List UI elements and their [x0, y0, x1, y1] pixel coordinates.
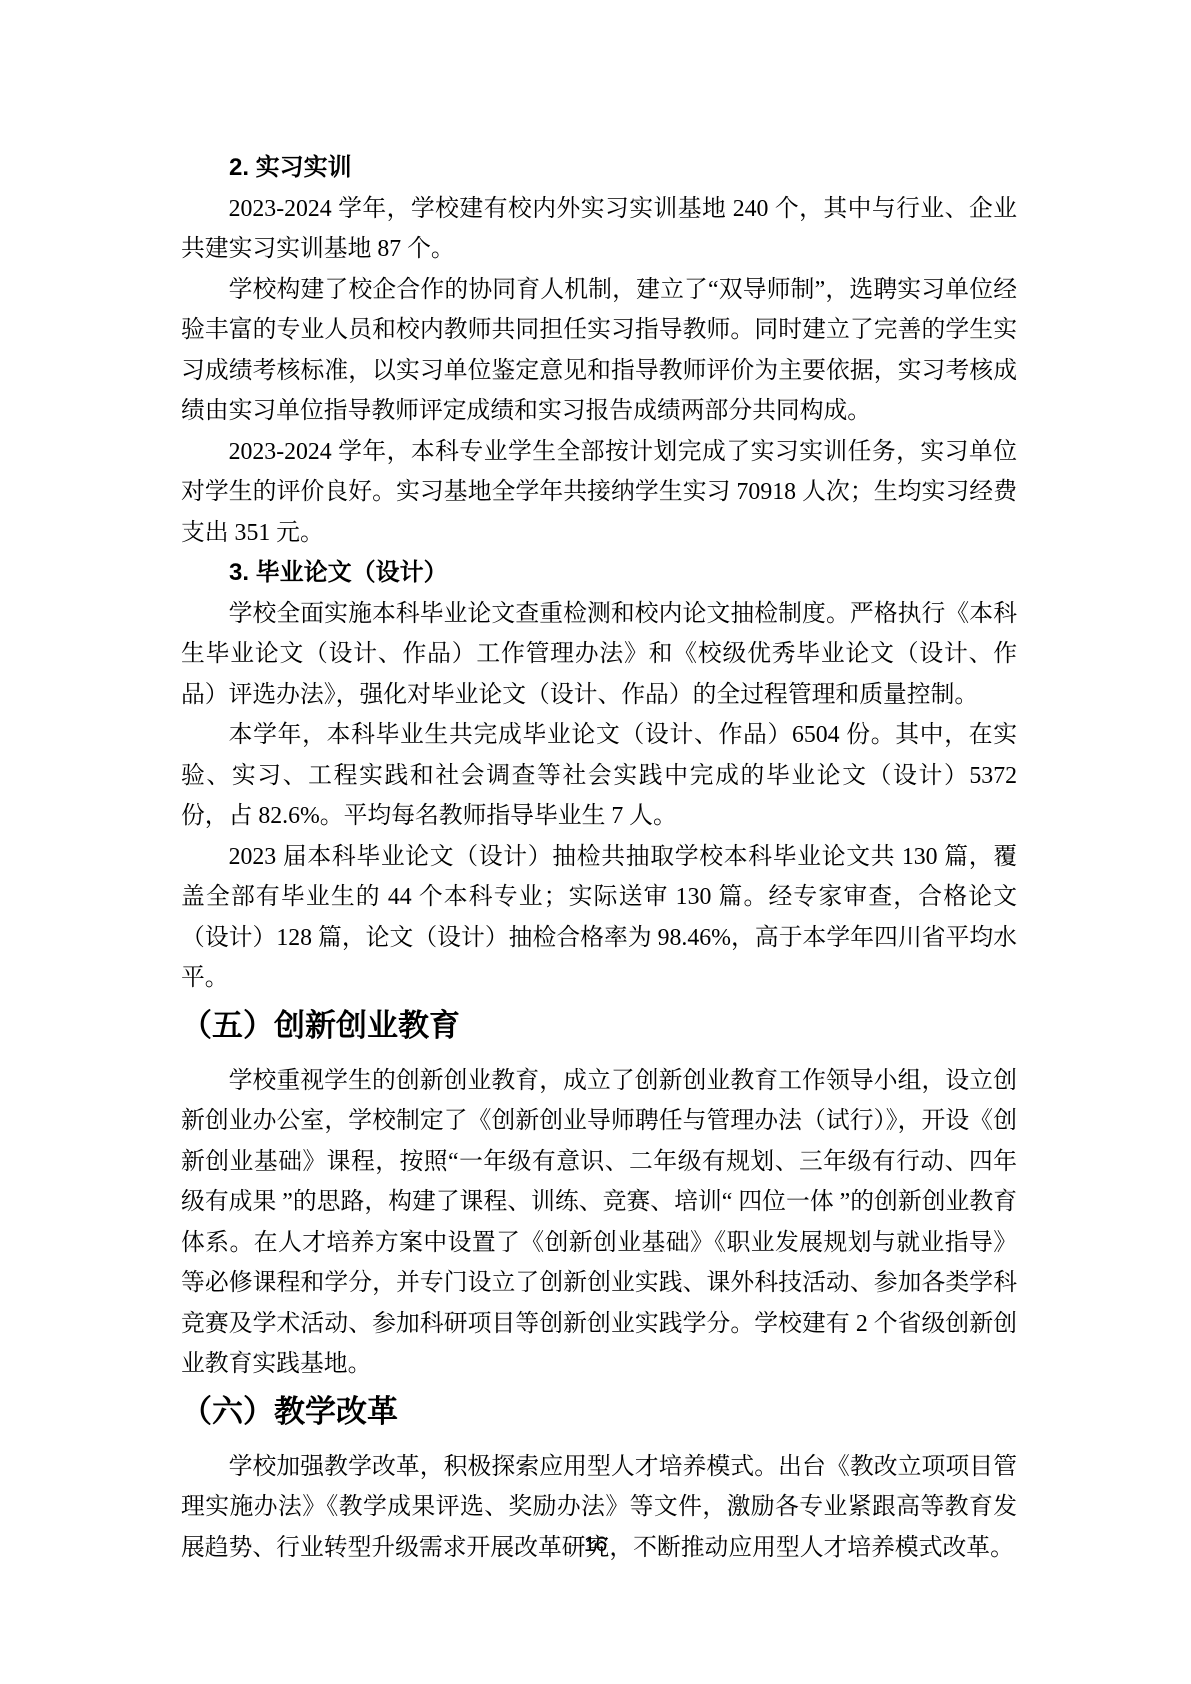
body-paragraph: 2023-2024 学年，学校建有校内外实习实训基地 240 个，其中与行业、企… [181, 189, 1017, 270]
page-number: 16 [0, 1533, 1191, 1557]
body-paragraph: 学校重视学生的创新创业教育，成立了创新创业教育工作领导小组，设立创新创业办公室，… [181, 1061, 1017, 1385]
body-paragraph: 2023 届本科毕业论文（设计）抽检共抽取学校本科毕业论文共 130 篇，覆盖全… [181, 837, 1017, 999]
page-content: 2. 实习实训2023-2024 学年，学校建有校内外实习实训基地 240 个，… [181, 148, 1017, 1568]
section-heading: （五）创新创业教育 [181, 1003, 1017, 1049]
body-paragraph: 学校全面实施本科毕业论文查重检测和校内论文抽检制度。严格执行《本科生毕业论文（设… [181, 594, 1017, 716]
document-page: 2. 实习实训2023-2024 学年，学校建有校内外实习实训基地 240 个，… [0, 0, 1191, 1684]
body-paragraph: 2023-2024 学年，本科专业学生全部按计划完成了实习实训任务，实习单位对学… [181, 432, 1017, 554]
body-paragraph: 本学年，本科毕业生共完成毕业论文（设计、作品）6504 份。其中，在实验、实习、… [181, 715, 1017, 837]
body-paragraph: 学校构建了校企合作的协同育人机制，建立了“双导师制”，选聘实习单位经验丰富的专业… [181, 270, 1017, 432]
section-heading: （六）教学改革 [181, 1389, 1017, 1435]
sub-heading: 2. 实习实训 [181, 148, 1017, 189]
sub-heading: 3. 毕业论文（设计） [181, 553, 1017, 594]
